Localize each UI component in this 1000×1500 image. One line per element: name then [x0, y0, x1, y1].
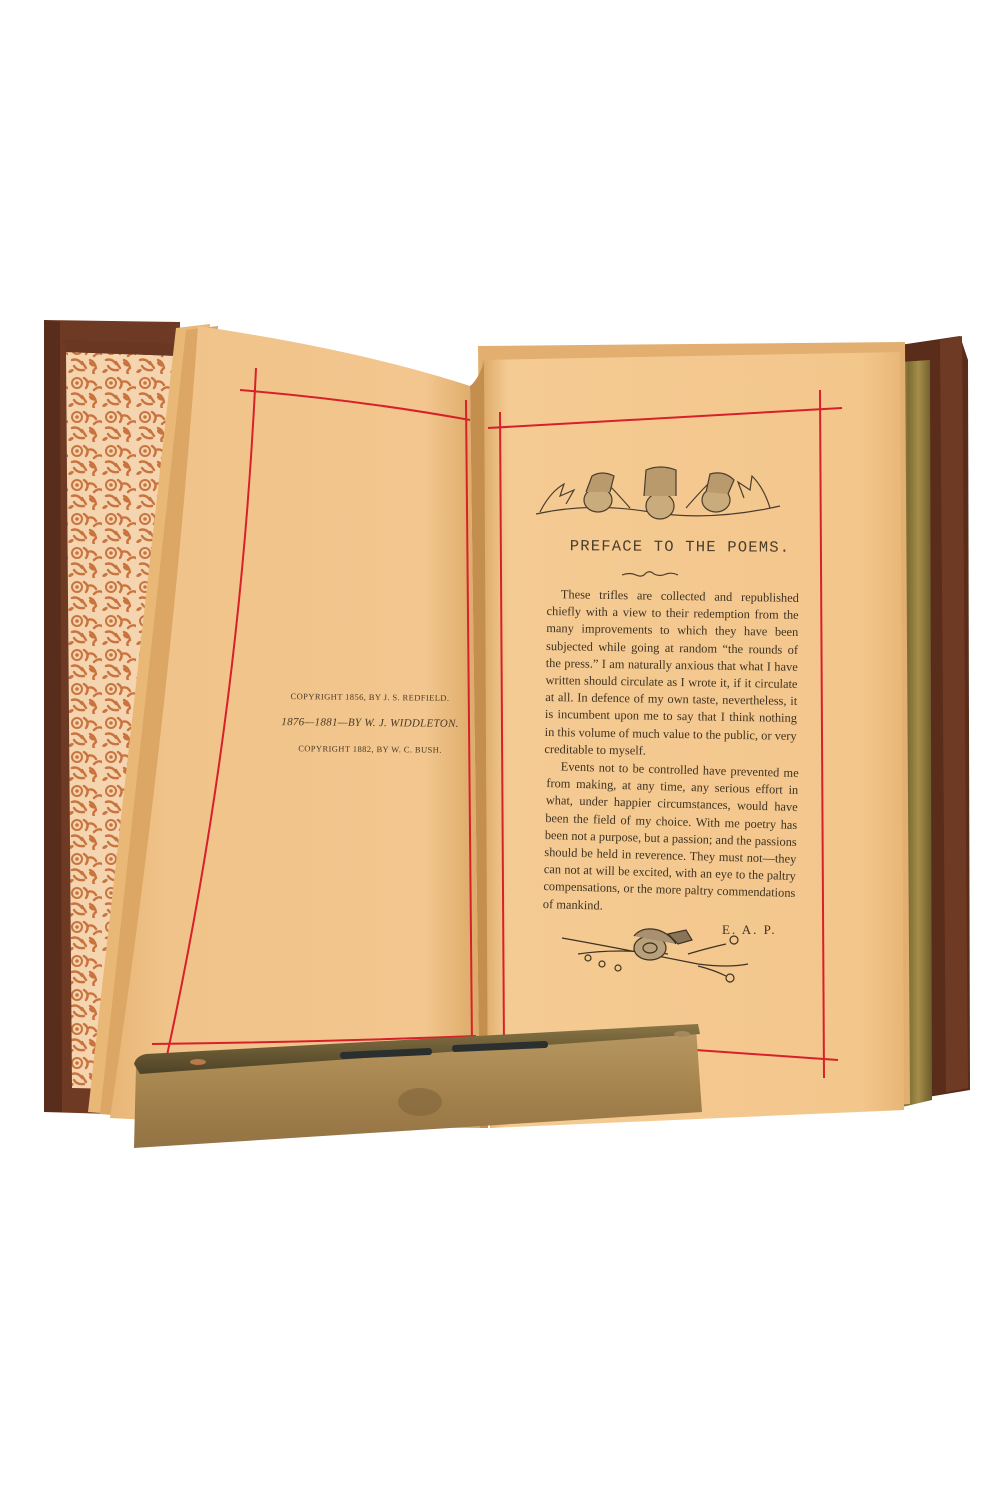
book-illustration: [0, 0, 1000, 1500]
book-photo: COPYRIGHT 1856, BY J. S. REDFIELD. 1876—…: [0, 0, 1000, 1500]
right-page: [482, 352, 904, 1128]
